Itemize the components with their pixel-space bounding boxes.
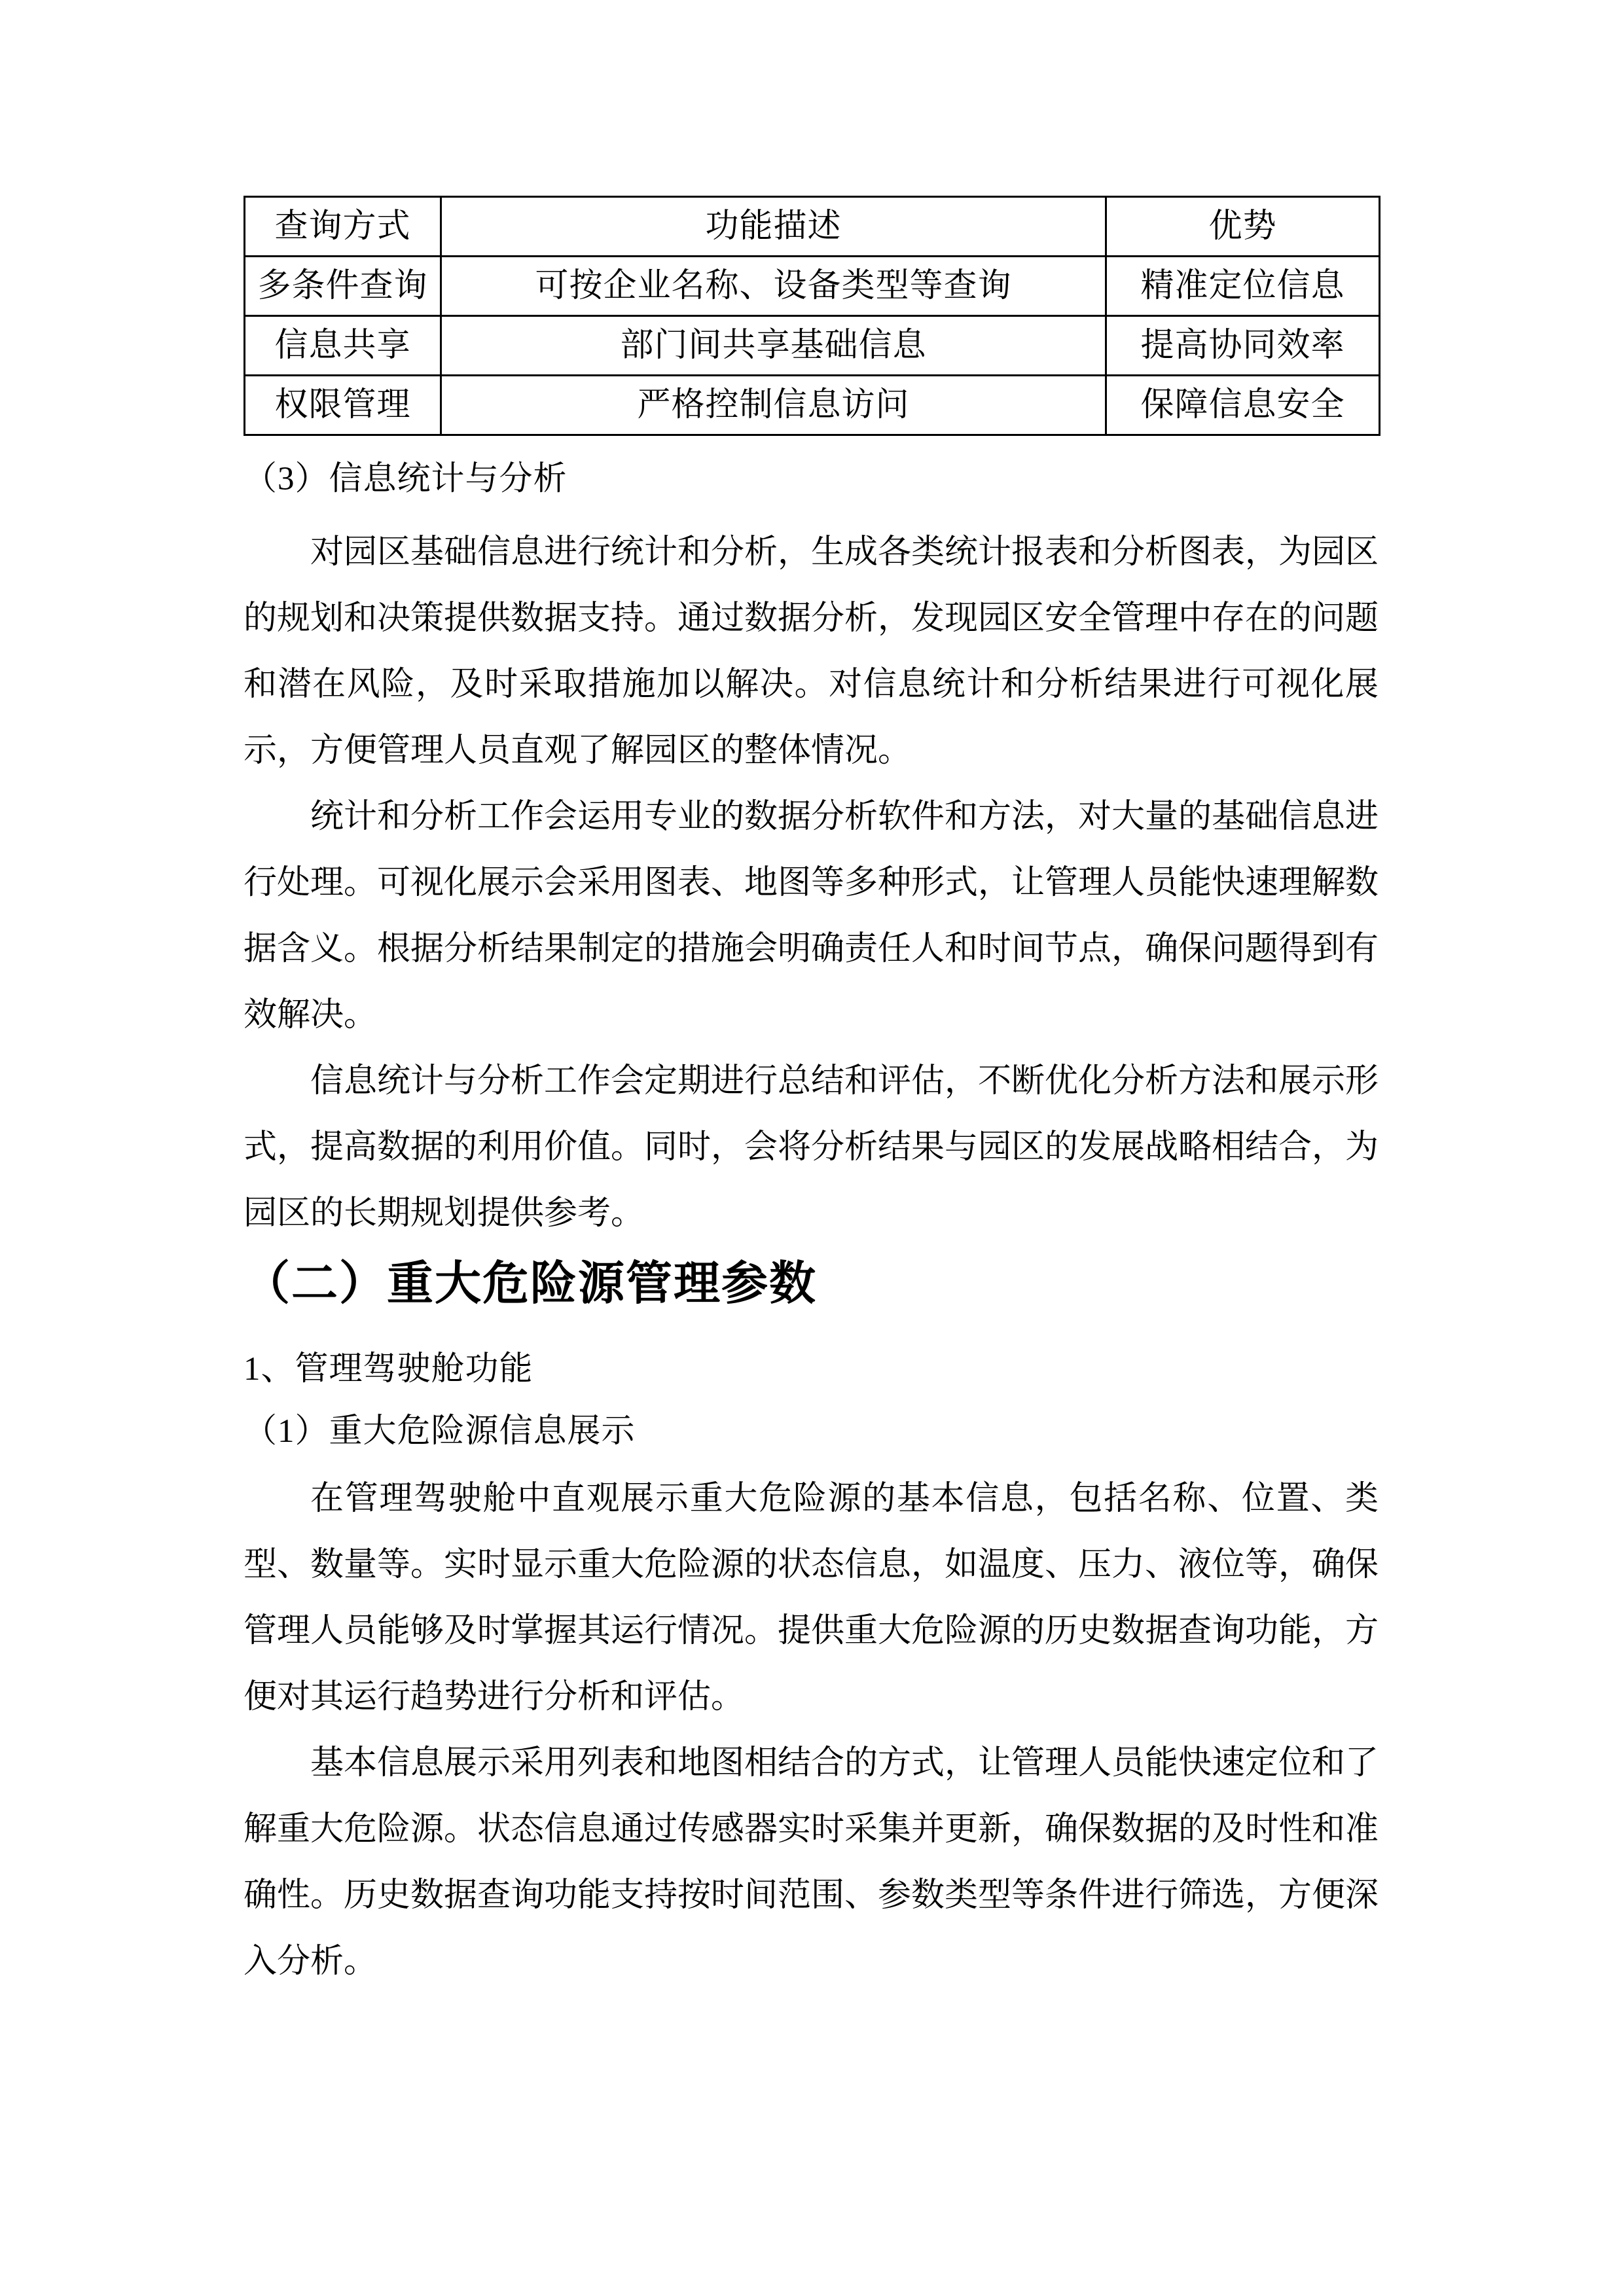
subheading-management-cockpit: 1、管理驾驶舱功能 xyxy=(244,1338,1379,1401)
text-line: 据含义。根据分析结果制定的措施会明确责任人和时间节点，确保问题得到有 xyxy=(244,916,1379,982)
table-cell: 多条件查询 xyxy=(245,257,441,316)
paragraph-display-implementation: 基本信息展示采用列表和地图相结合的方式，让管理人员能快速定位和了 解重大危险源。… xyxy=(244,1731,1379,1995)
query-method-table: 查询方式 功能描述 优势 多条件查询 可按企业名称、设备类型等查询 精准定位信息… xyxy=(244,196,1380,436)
text-line: 统计和分析工作会运用专业的数据分析软件和方法，对大量的基础信息进 xyxy=(244,784,1379,850)
text-line: 信息统计与分析工作会定期进行总结和评估，不断优化分析方法和展示形 xyxy=(244,1049,1379,1115)
text-line: 管理人员能够及时掌握其运行情况。提供重大危险源的历史数据查询功能，方 xyxy=(244,1598,1379,1664)
table-row: 权限管理 严格控制信息访问 保障信息安全 xyxy=(245,376,1380,435)
text-line: 便对其运行趋势进行分析和评估。 xyxy=(244,1664,1379,1731)
paragraph-statistics-methods: 统计和分析工作会运用专业的数据分析软件和方法，对大量的基础信息进 行处理。可视化… xyxy=(244,784,1379,1049)
text-line: 的规划和决策提供数据支持。通过数据分析，发现园区安全管理中存在的问题 xyxy=(244,586,1379,652)
text-line: 效解决。 xyxy=(244,982,1379,1049)
text-line: 行处理。可视化展示会采用图表、地图等多种形式，让管理人员能快速理解数 xyxy=(244,850,1379,916)
col-header-query-method: 查询方式 xyxy=(245,197,441,257)
item-heading-hazard-info-display: （1）重大危险源信息展示 xyxy=(244,1401,1379,1463)
document-content: 查询方式 功能描述 优势 多条件查询 可按企业名称、设备类型等查询 精准定位信息… xyxy=(244,196,1379,1995)
text-line: 对园区基础信息进行统计和分析，生成各类统计报表和分析图表，为园区 xyxy=(244,520,1379,586)
text-line: 示，方便管理人员直观了解园区的整体情况。 xyxy=(244,718,1379,784)
table-cell: 信息共享 xyxy=(245,316,441,376)
paragraph-statistics-overview: 对园区基础信息进行统计和分析，生成各类统计报表和分析图表，为园区 的规划和决策提… xyxy=(244,520,1379,784)
text-line: 和潜在风险，及时采取措施加以解决。对信息统计和分析结果进行可视化展 xyxy=(244,652,1379,718)
text-line: 型、数量等。实时显示重大危险源的状态信息，如温度、压力、液位等，确保 xyxy=(244,1532,1379,1598)
table-cell: 提高协同效率 xyxy=(1106,316,1380,376)
text-line: 园区的长期规划提供参考。 xyxy=(244,1181,1379,1247)
table-cell: 严格控制信息访问 xyxy=(441,376,1106,435)
table-row: 多条件查询 可按企业名称、设备类型等查询 精准定位信息 xyxy=(245,257,1380,316)
table-cell: 部门间共享基础信息 xyxy=(441,316,1106,376)
col-header-advantage: 优势 xyxy=(1106,197,1380,257)
table-cell: 可按企业名称、设备类型等查询 xyxy=(441,257,1106,316)
text-line: 确性。历史数据查询功能支持按时间范围、参数类型等条件进行筛选，方便深 xyxy=(244,1863,1379,1929)
text-line: 解重大危险源。状态信息通过传感器实时采集并更新，确保数据的及时性和准 xyxy=(244,1797,1379,1863)
table-cell: 保障信息安全 xyxy=(1106,376,1380,435)
text-line: 入分析。 xyxy=(244,1929,1379,1995)
paragraph-cockpit-display: 在管理驾驶舱中直观展示重大危险源的基本信息，包括名称、位置、类 型、数量等。实时… xyxy=(244,1466,1379,1731)
table-cell: 权限管理 xyxy=(245,376,441,435)
heading-info-statistics-analysis: （3）信息统计与分析 xyxy=(244,449,1379,509)
text-line: 式，提高数据的利用价值。同时，会将分析结果与园区的发展战略相结合，为 xyxy=(244,1115,1379,1181)
document-page: 查询方式 功能描述 优势 多条件查询 可按企业名称、设备类型等查询 精准定位信息… xyxy=(0,0,1624,2296)
paragraph-statistics-evaluation: 信息统计与分析工作会定期进行总结和评估，不断优化分析方法和展示形 式，提高数据的… xyxy=(244,1049,1379,1247)
text-line: 基本信息展示采用列表和地图相结合的方式，让管理人员能快速定位和了 xyxy=(244,1731,1379,1797)
text-line: 在管理驾驶舱中直观展示重大危险源的基本信息，包括名称、位置、类 xyxy=(244,1466,1379,1532)
table-row: 信息共享 部门间共享基础信息 提高协同效率 xyxy=(245,316,1380,376)
section-heading-major-hazard-params: （二）重大危险源管理参数 xyxy=(244,1248,1379,1320)
col-header-function-desc: 功能描述 xyxy=(441,197,1106,257)
table-cell: 精准定位信息 xyxy=(1106,257,1380,316)
table-header-row: 查询方式 功能描述 优势 xyxy=(245,197,1380,257)
